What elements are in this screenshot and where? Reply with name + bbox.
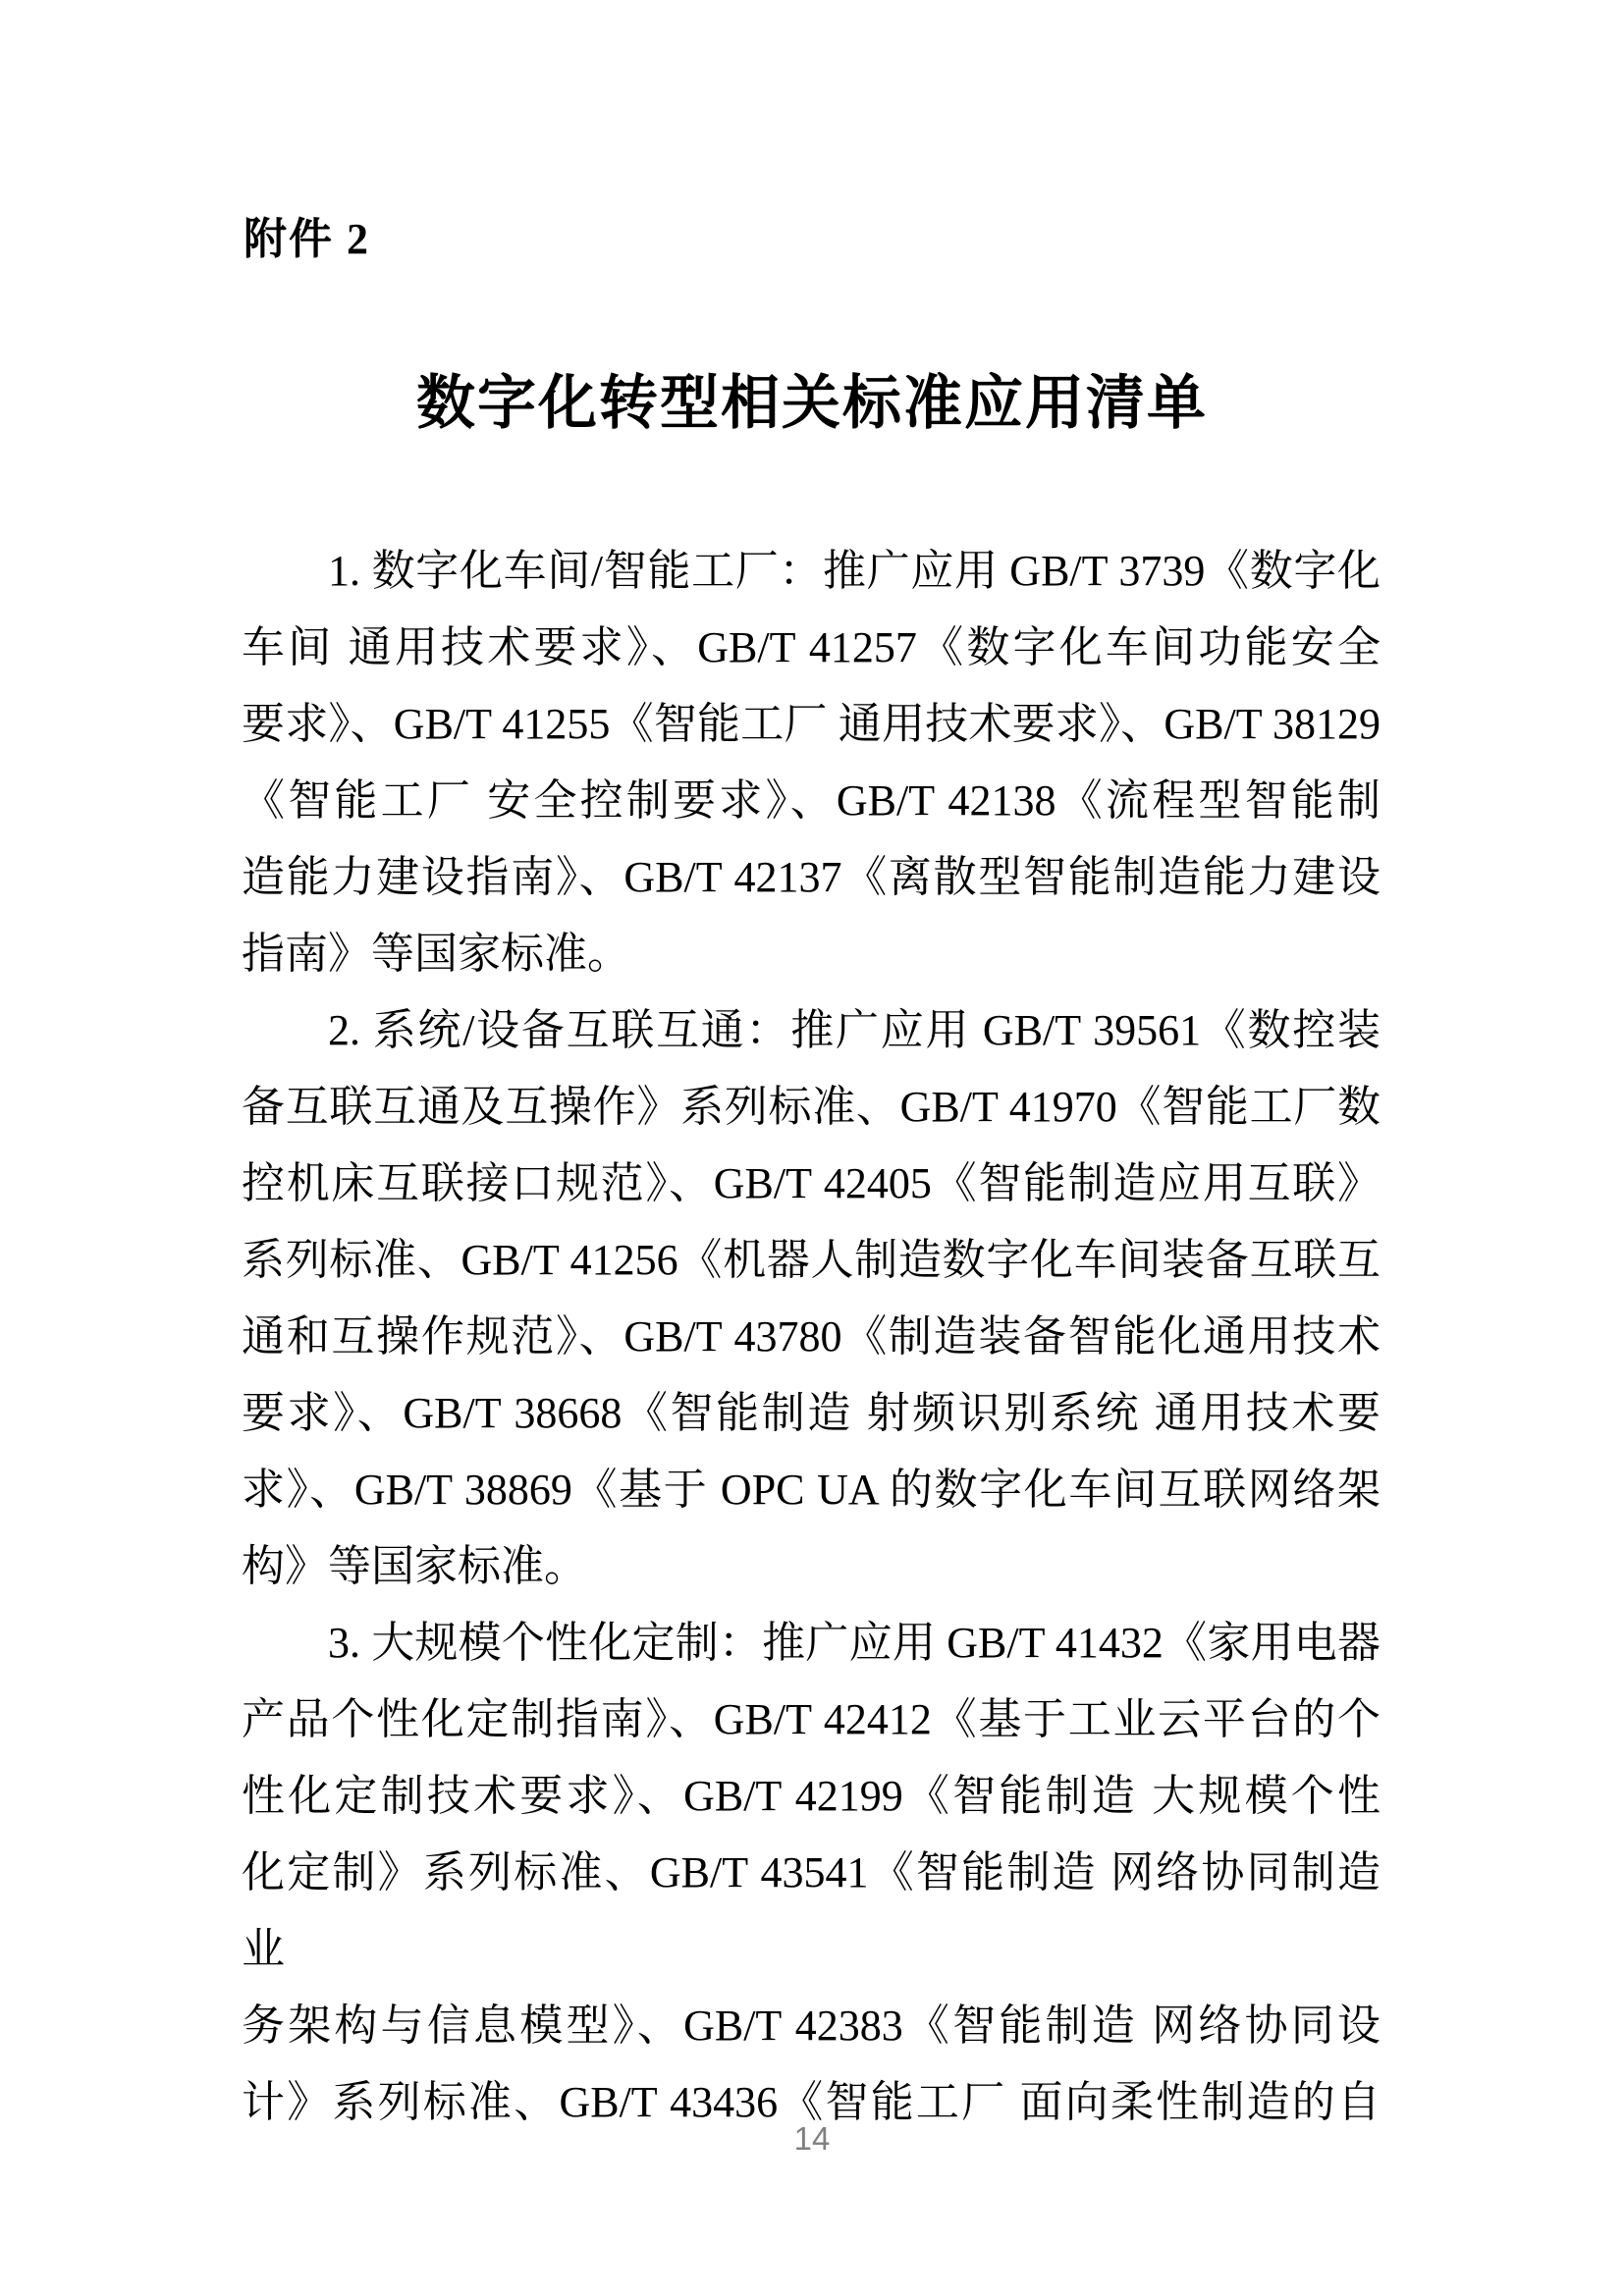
text-line: 通和互操作规范》、GB/T 43780《制造装备智能化通用技术 (242, 1299, 1380, 1375)
document-page: 附件 2 数字化转型相关标准应用清单 1. 数字化车间/智能工厂：推广应用 GB… (0, 0, 1624, 2296)
page-title: 数字化转型相关标准应用清单 (0, 371, 1624, 436)
text-line: 求》、GB/T 38869《基于 OPC UA 的数字化车间互联网络架 (242, 1452, 1380, 1528)
text-line: 1. 数字化车间/智能工厂：推广应用 GB/T 3739《数字化 (242, 533, 1380, 610)
text-line: 3. 大规模个性化定制：推广应用 GB/T 41432《家用电器 (242, 1605, 1380, 1682)
text-line: 构》等国家标准。 (242, 1528, 1380, 1605)
text-line: 指南》等国家标准。 (242, 916, 1380, 992)
text-line: 2. 系统/设备互联互通：推广应用 GB/T 39561《数控装 (242, 992, 1380, 1069)
text-line: 性化定制技术要求》、GB/T 42199《智能制造 大规模个性 (242, 1758, 1380, 1835)
text-line: 控机床互联接口规范》、GB/T 42405《智能制造应用互联》 (242, 1146, 1380, 1222)
document-body: 1. 数字化车间/智能工厂：推广应用 GB/T 3739《数字化车间 通用技术要… (242, 533, 1380, 2141)
text-line: 系列标准、GB/T 41256《机器人制造数字化车间装备互联互 (242, 1222, 1380, 1299)
text-line: 化定制》系列标准、GB/T 43541《智能制造 网络协同制造 业 (242, 1835, 1380, 1988)
text-line: 《智能工厂 安全控制要求》、GB/T 42138《流程型智能制 (242, 763, 1380, 839)
text-line: 要求》、GB/T 38668《智能制造 射频识别系统 通用技术要 (242, 1375, 1380, 1452)
page-number: 14 (0, 2120, 1624, 2158)
text-line: 务架构与信息模型》、GB/T 42383《智能制造 网络协同设 (242, 1988, 1380, 2064)
text-line: 备互联互通及互操作》系列标准、GB/T 41970《智能工厂数 (242, 1069, 1380, 1146)
text-line: 车间 通用技术要求》、GB/T 41257《数字化车间功能安全 (242, 610, 1380, 686)
text-line: 产品个性化定制指南》、GB/T 42412《基于工业云平台的个 (242, 1682, 1380, 1758)
text-line: 造能力建设指南》、GB/T 42137《离散型智能制造能力建设 (242, 839, 1380, 916)
text-line: 要求》、GB/T 41255《智能工厂 通用技术要求》、GB/T 38129 (242, 686, 1380, 763)
attachment-label: 附件 2 (244, 216, 370, 263)
